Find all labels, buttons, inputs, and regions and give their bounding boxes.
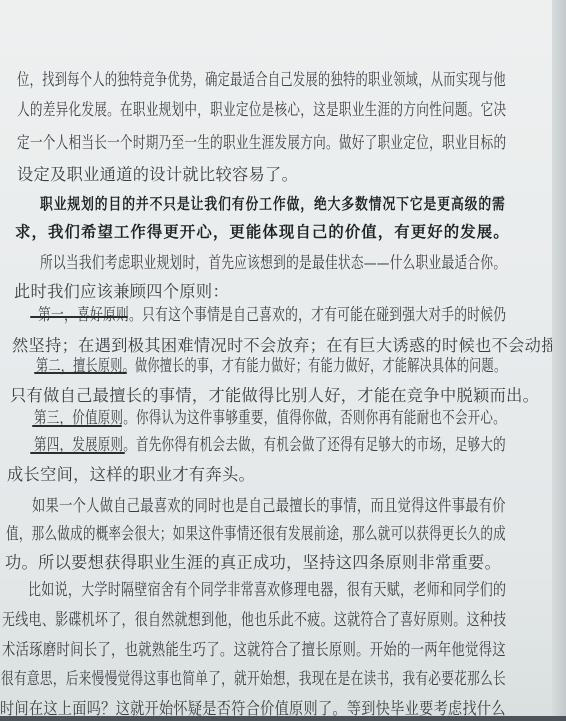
pen-underline — [30, 316, 128, 318]
text-line: 第一，喜好原则。只有这个事情是自己喜欢的，才有可能在碰到强大对手的时候仍 — [38, 301, 506, 325]
text-line: 所以当我们考虑职业规划时，首先应该想到的是最佳状态——什么职业最适合你。 — [40, 249, 506, 273]
text-line: 定一个人相当长一个时期乃至一生的职业生涯发展方向。做好了职业定位，职业目标的 — [17, 129, 506, 153]
text-line: 很有意思，后来慢慢觉得这事也简单了，就开始想，我现在是在读书，我有必要花那么长 — [1, 665, 506, 689]
text-line: 无线电、影碟机坏了，很自然就想到他，他也乐此不疲。这就符合了喜好原则。这种技 — [2, 606, 506, 630]
text-line: 此时我们应该兼顾四个原则： — [14, 278, 229, 302]
text-line: 值，那么做成的概率会很大；如果这件事情还很有发展前途，那么就可以获得更长久的成 — [6, 520, 506, 544]
text-line: 只有做自己最擅长的事情，才能做得比别人好，才能在竞争中脱颖而出。 — [10, 382, 539, 406]
pen-underline — [32, 425, 122, 427]
text-line: 术活琢磨时间长了，也就熟能生巧了。这就符合了擅长原则。开始的一两年他觉得这 — [2, 636, 506, 660]
text-line: 位，找到每个人的独特竞争优势，确定最适合自己发展的独特的职业领域，从而实现与他 — [17, 66, 506, 90]
text-line: 比如说，大学时隔壁宿舍有个同学非常喜欢修理电器，很有天赋，老师和同学们的 — [28, 576, 506, 600]
text-line: 时间在这上面吗？这就开始怀疑是否符合价值原则了。等到快毕业要考虑找什么 — [0, 695, 506, 716]
text-line: 如果一个人做自己最喜欢的同时也是自己最擅长的事情，而且觉得这件事最有价 — [32, 492, 506, 516]
book-page: 位，找到每个人的独特竞争优势，确定最适合自己发展的独特的职业领域，从而实现与他人… — [0, 0, 552, 716]
pen-underline — [34, 372, 127, 374]
text-line: 设定及职业通道的设计就比较容易了。 — [17, 161, 298, 185]
text-line: 人的差异化发展。在职业规划中，职业定位是核心，这是职业生涯的方向性问题。它决 — [17, 96, 506, 120]
bold-text-line: 求，我们希望工作得更开心，更能体现自己的价值，有更好的发展。 — [15, 220, 510, 242]
text-line: 功。所以要想获得职业生涯的真正成功，坚持这四条原则非常重要。 — [5, 549, 501, 573]
text-line: 成长空间，这样的职业才有奔头。 — [7, 461, 255, 485]
bold-text-line: 职业规划的目的并不只是让我们有份工作做，绝大多数情况下它是更高级的需 — [40, 192, 506, 214]
pen-underline — [30, 452, 125, 454]
page-edge-shadow — [552, 0, 566, 721]
bottom-edge — [0, 716, 566, 721]
